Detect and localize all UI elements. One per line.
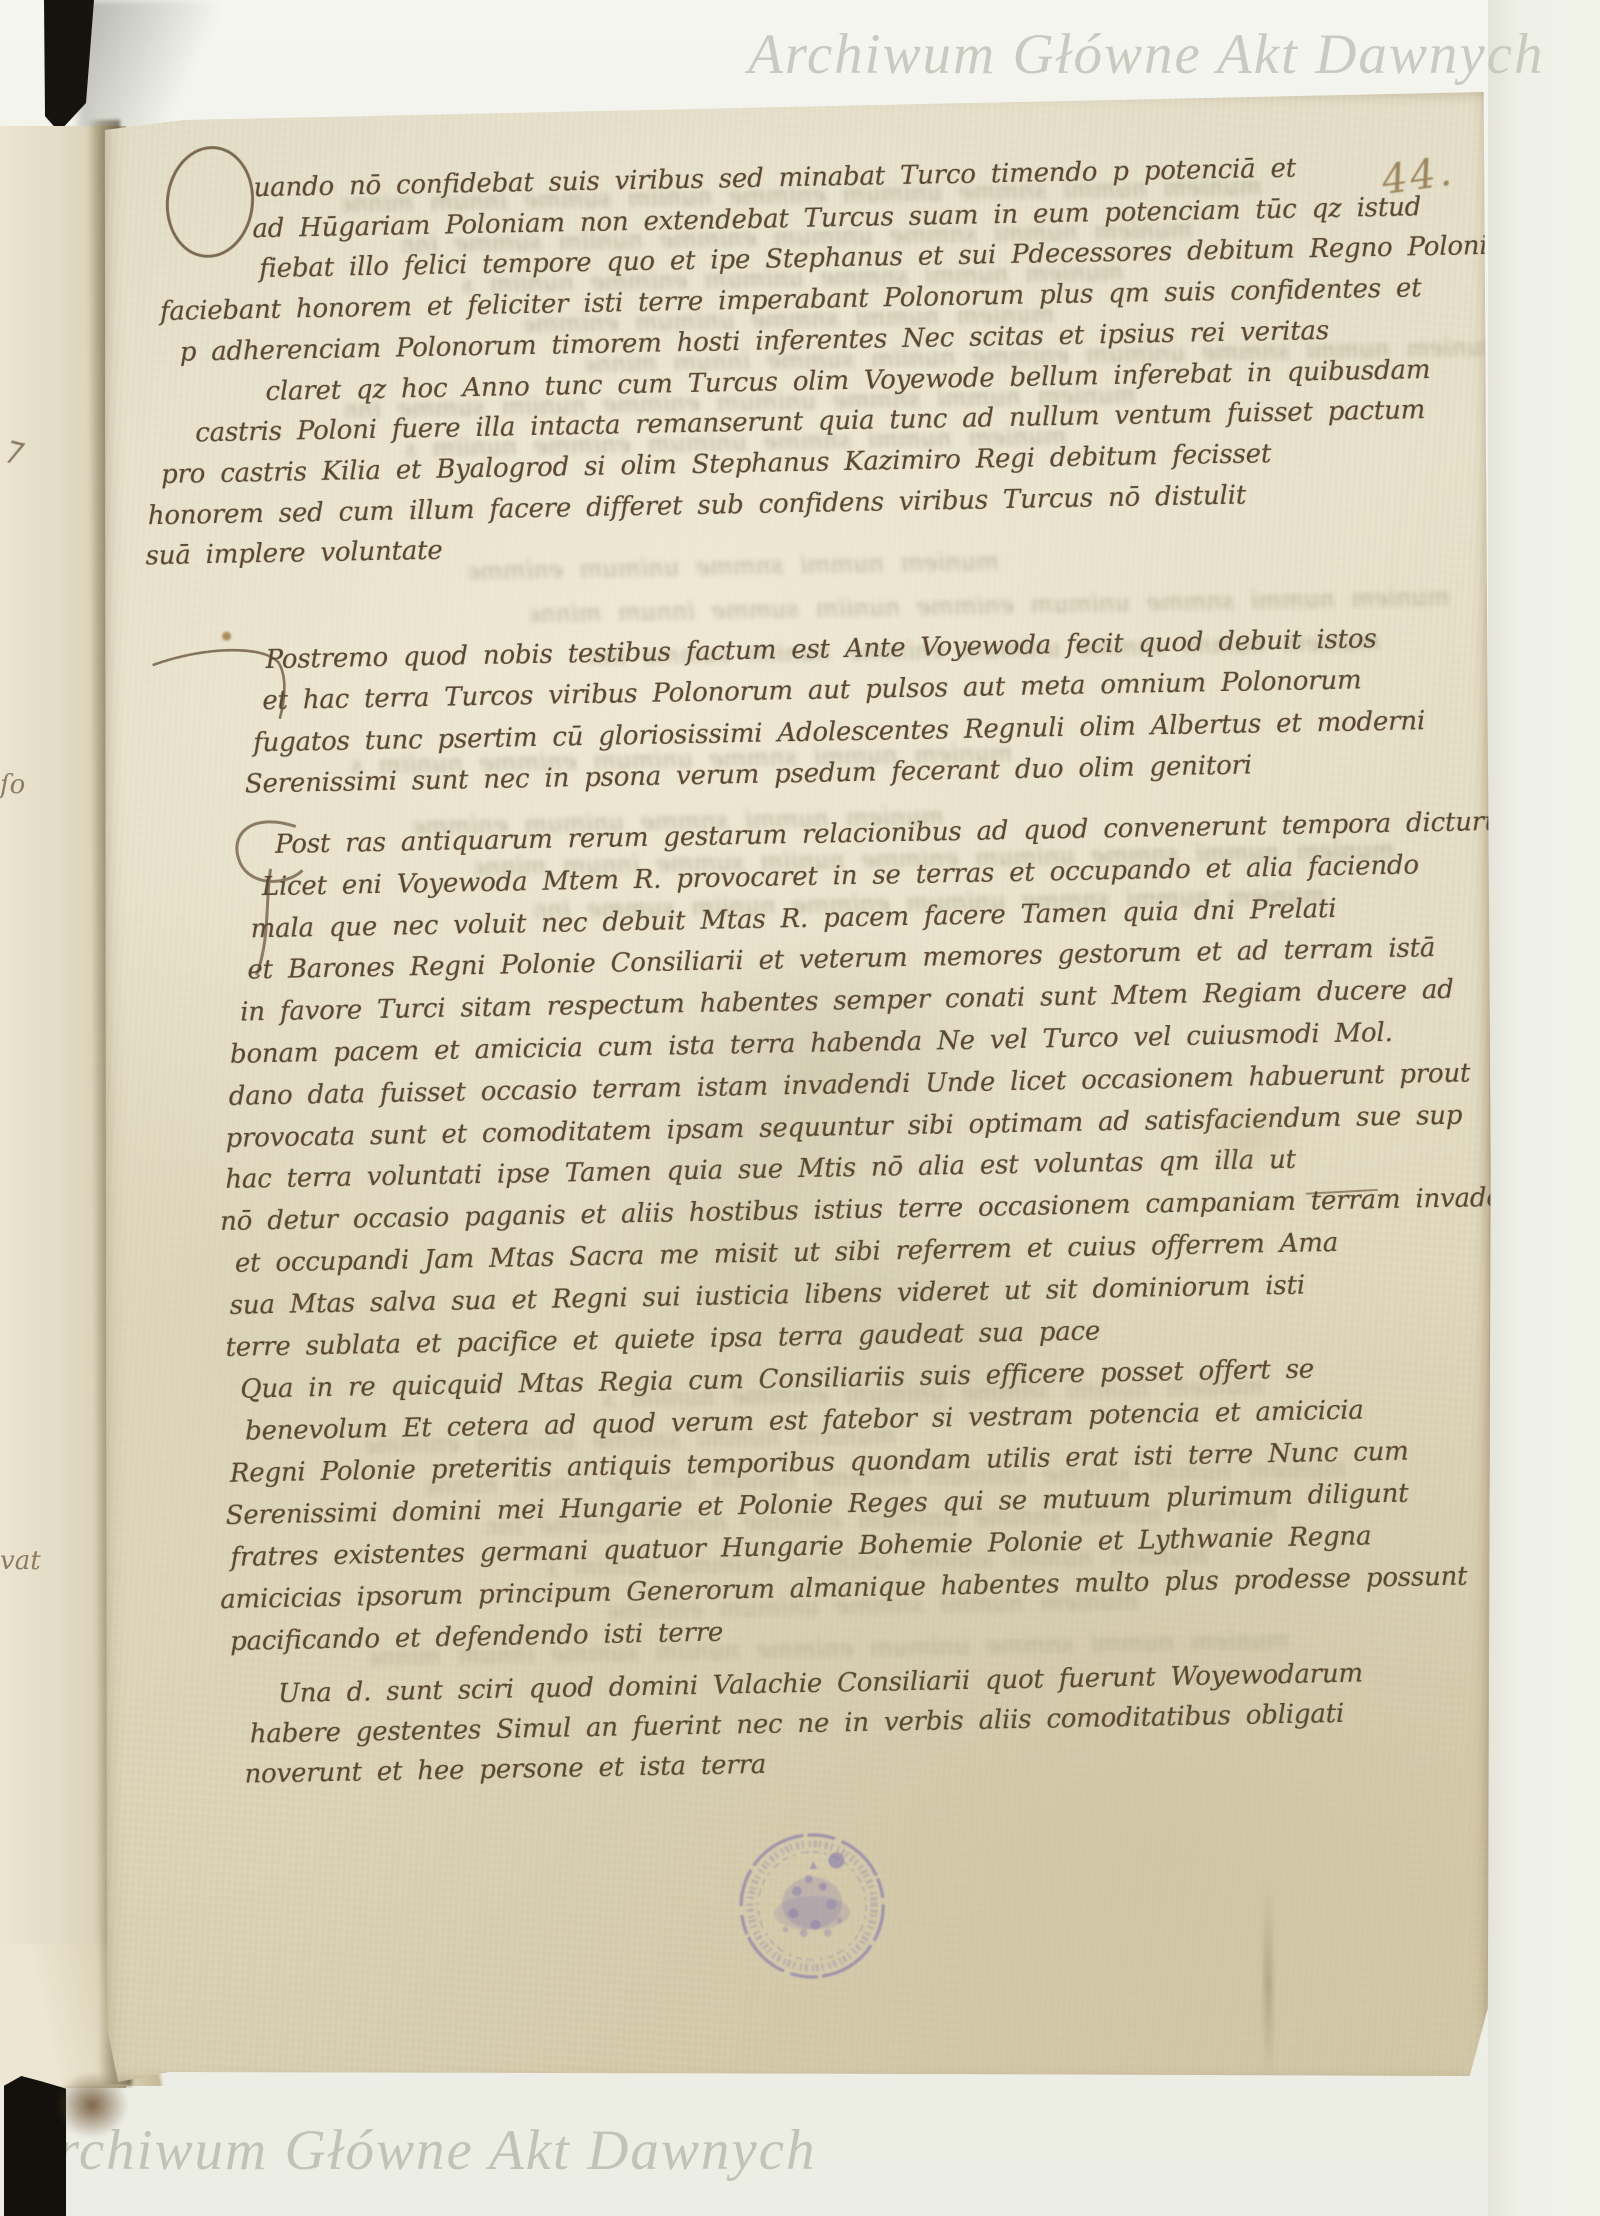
rust-stain: [222, 632, 231, 641]
archive-watermark-bottom: Archiwum Główne Akt Dawnych: [20, 2118, 816, 2183]
manuscript-line: suā implere voluntate: [145, 534, 443, 574]
bottom-crease-streak: [1263, 1884, 1273, 2084]
margin-pen-mark: vat: [0, 1546, 41, 1576]
manuscript-text-block: uando nō confidebat suis viribus sed min…: [100, 90, 1521, 2088]
backdrop-right: [1488, 0, 1600, 2216]
manuscript-line: noverunt et hee persone et ista terra: [244, 1748, 766, 1792]
page-content: muniem nummi snmme unimum enimme nuniim …: [100, 90, 1521, 2088]
manuscript-scan: Archiwum Główne Akt Dawnych Archiwum Głó…: [0, 0, 1600, 2216]
manuscript-line: terre sublata et pacifice et quiete ipsa…: [225, 1314, 1100, 1364]
archive-watermark-top: Archiwum Główne Akt Dawnych: [748, 22, 1544, 87]
binding-leather-fray: [56, 2072, 128, 2138]
manuscript-page: muniem nummi snmme unimum enimme nuniim …: [100, 88, 1492, 2088]
margin-pen-mark: ſo: [0, 770, 25, 800]
manuscript-line: pacificando et defendendo isti terre: [230, 1616, 724, 1659]
archive-stamp: [726, 1819, 899, 1992]
